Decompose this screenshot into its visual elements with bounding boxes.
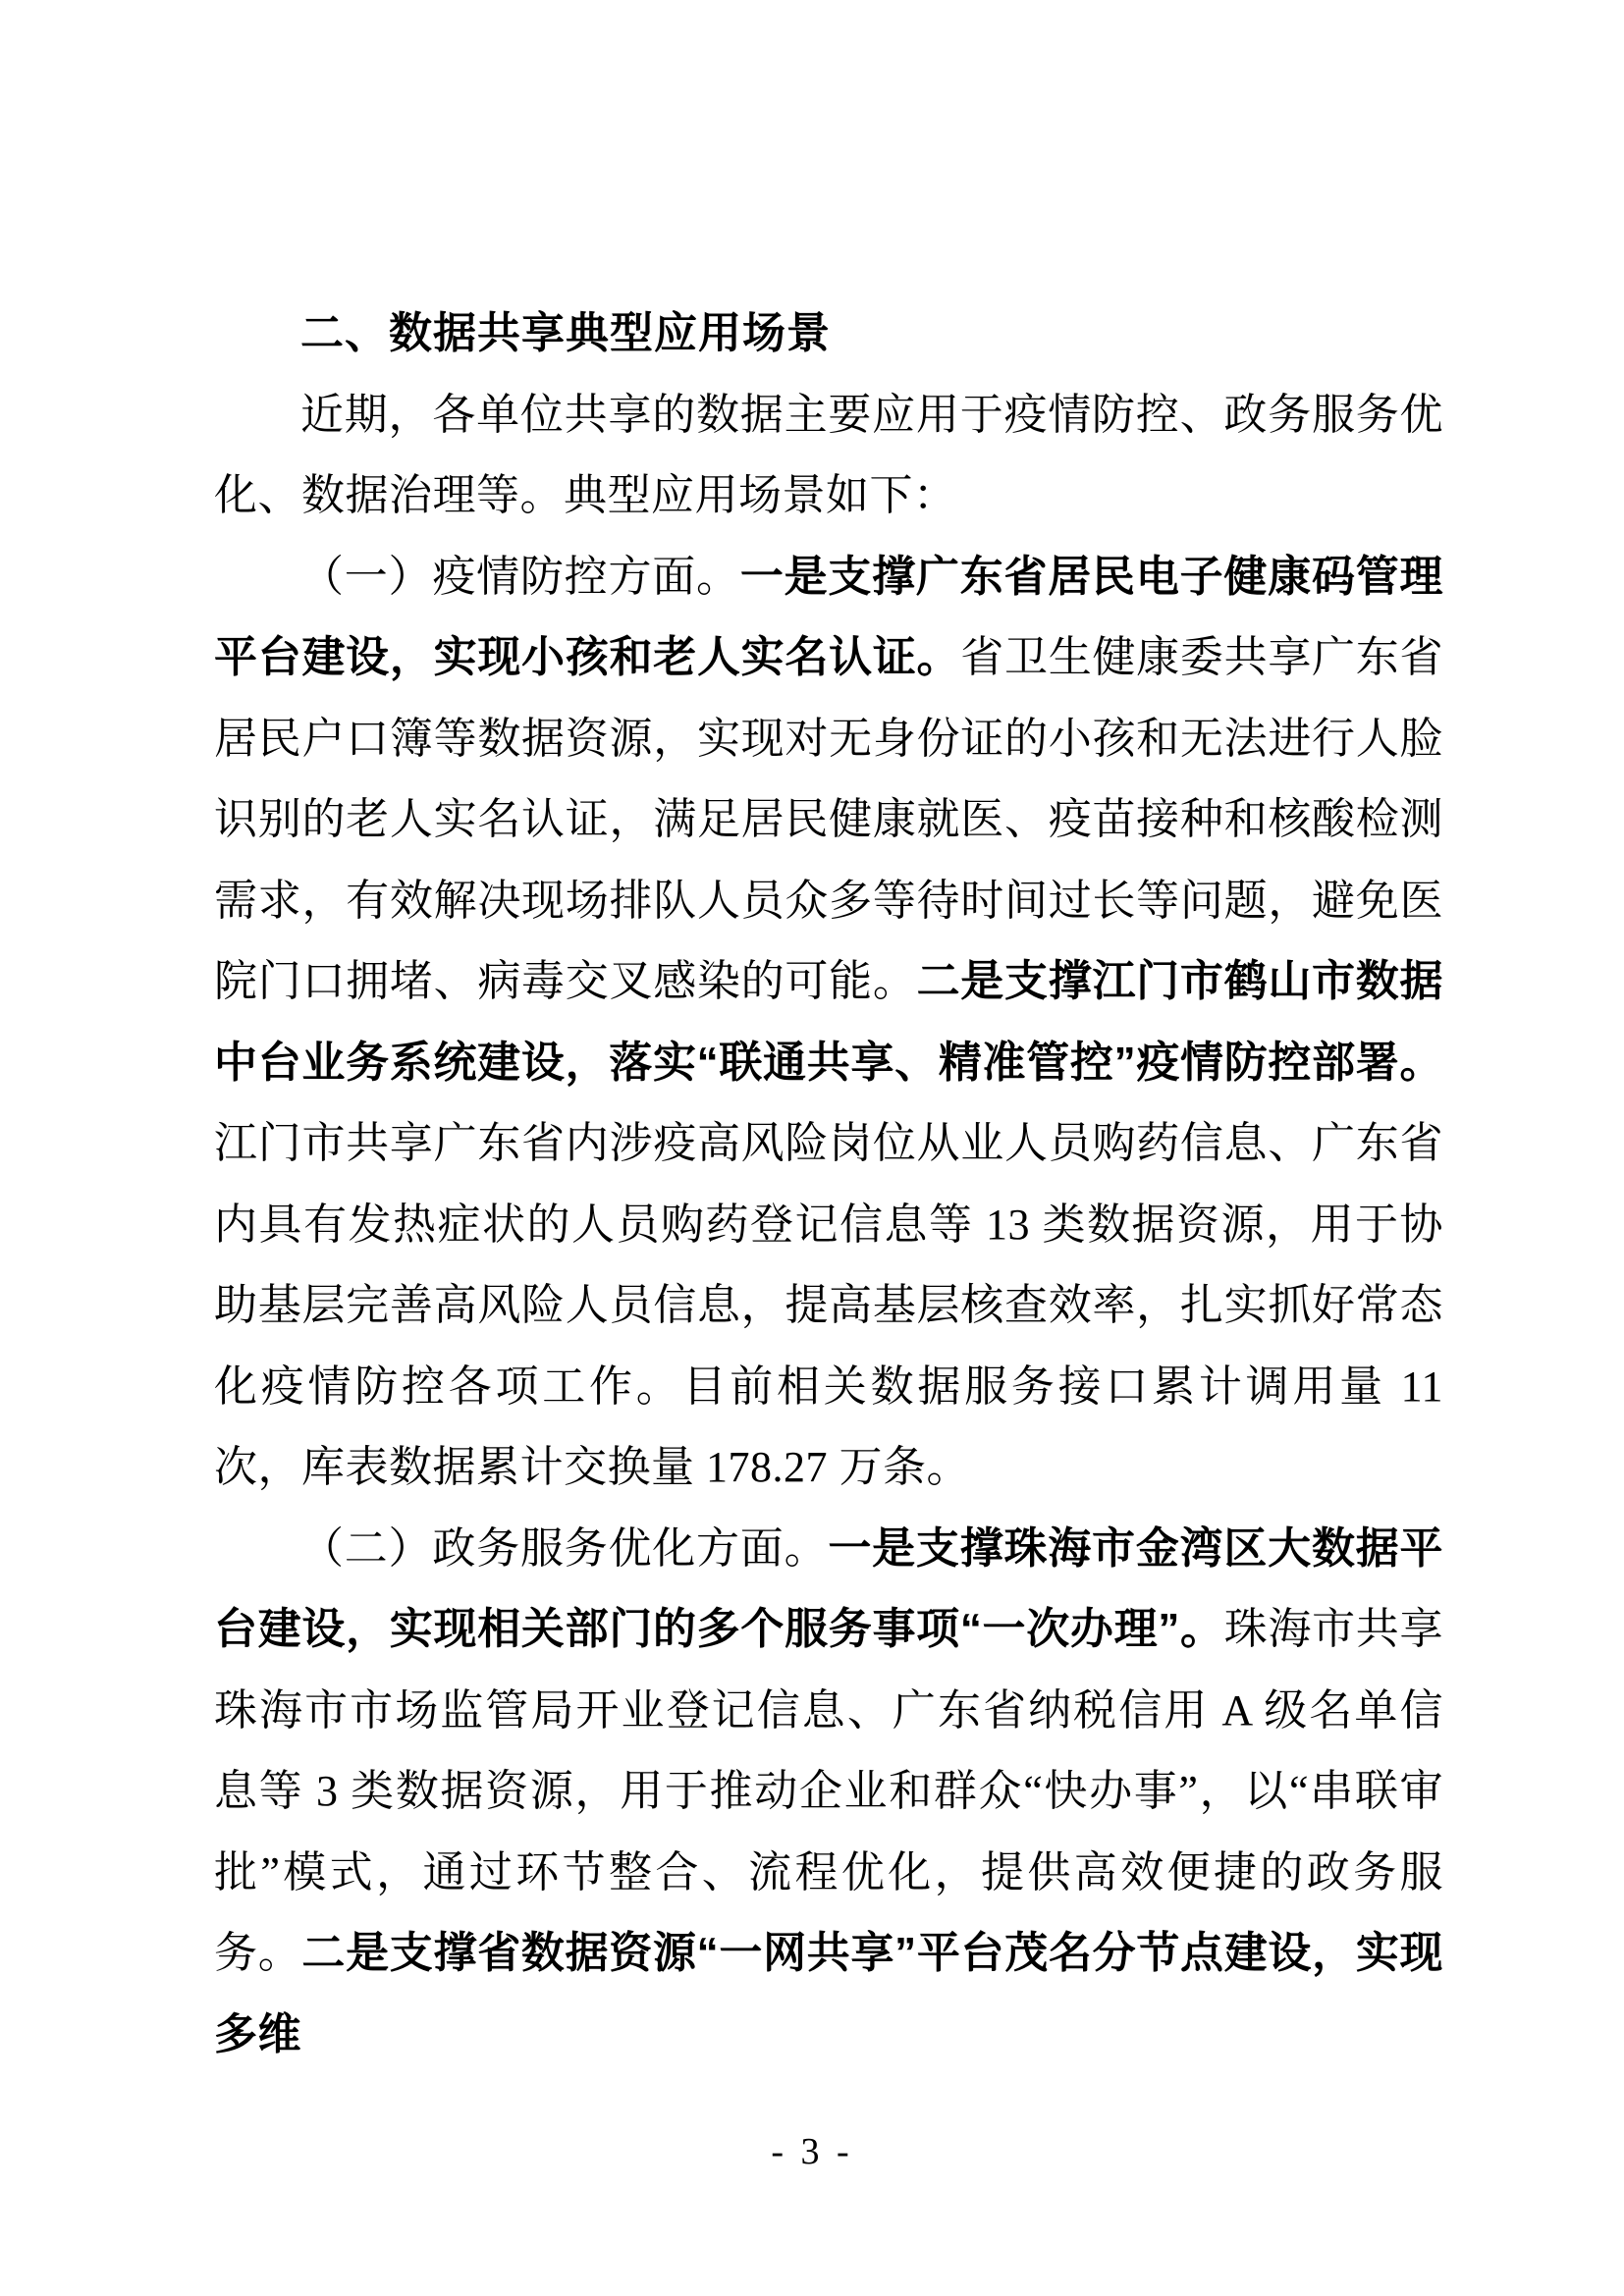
text-run-regular: 江门市共享广东省内涉疫高风险岗位从业人员购药信息、广东省内具有发热症状的人员购药… <box>214 1119 1443 1491</box>
text-run-regular: 省卫生健康委共享广东省居民户口簿等数据资源，实现对无身份证的小孩和无法进行人脸识… <box>214 633 1443 1005</box>
text-run-bold: 二是支撑省数据资源“一网共享”平台茂名分节点建设，实现多维 <box>214 1929 1443 2058</box>
paragraph: （二）政务服务优化方面。一是支撑珠海市金湾区大数据平台建设，实现相关部门的多个服… <box>214 1509 1443 2076</box>
text-run-kaiti: （一）疫情防控方面。 <box>300 552 740 602</box>
text-run-kaiti: （二）政务服务优化方面。 <box>300 1523 828 1574</box>
text-run-bold: 二、数据共享典型应用场景 <box>300 309 831 357</box>
page-number: - 3 - <box>0 2128 1624 2175</box>
paragraph: （一）疫情防控方面。一是支撑广东省居民电子健康码管理平台建设，实现小孩和老人实名… <box>214 537 1443 1509</box>
document-page: 二、数据共享典型应用场景近期，各单位共享的数据主要应用于疫情防控、政务服务优化、… <box>0 0 1624 2296</box>
text-run-regular: 近期，各单位共享的数据主要应用于疫情防控、政务服务优化、数据治理等。典型应用场景… <box>214 391 1443 520</box>
section-heading: 二、数据共享典型应用场景 <box>214 294 1443 375</box>
paragraph: 近期，各单位共享的数据主要应用于疫情防控、政务服务优化、数据治理等。典型应用场景… <box>214 375 1443 537</box>
text-run-regular: 珠海市共享珠海市市场监管局开业登记信息、广东省纳税信用 A 级名单信息等 3 类… <box>214 1605 1443 1977</box>
document-content: 二、数据共享典型应用场景近期，各单位共享的数据主要应用于疫情防控、政务服务优化、… <box>214 294 1443 2075</box>
